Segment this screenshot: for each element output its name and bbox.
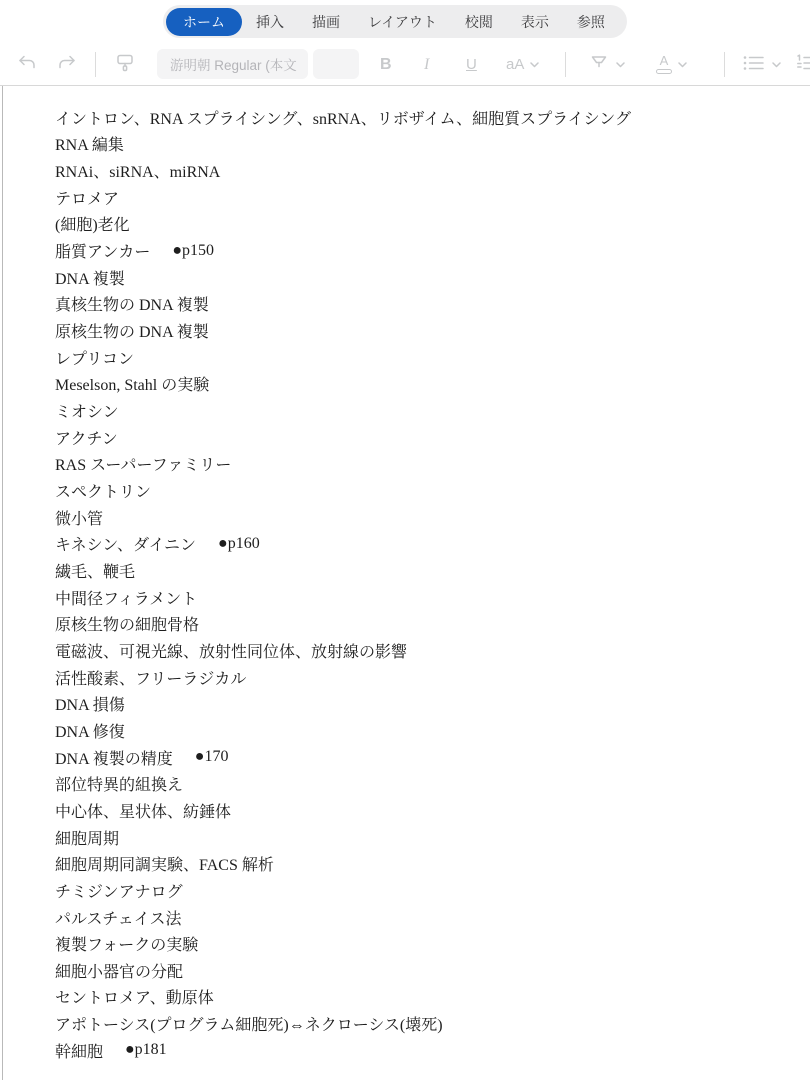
line-text: 脂質アンカー [55,239,150,262]
word-app-window: { "ribbon": { "tabs": [ {"id": "home", "… [0,0,810,1080]
page-ref-badge: ●p160 [218,535,260,553]
document-line: 脂質アンカー●p150 [55,237,780,264]
line-text: 複製フォークの実験 [55,932,198,955]
font-name-combobox[interactable]: 游明朝 Regular (本文 [157,49,308,79]
document-line: 繊毛、鞭毛 [55,557,780,584]
format-painter-button[interactable] [114,44,136,85]
page-ref-badge: ●170 [195,748,229,766]
document-line: アポトーシス(プログラム細胞死)⇔ネクローシス(壊死) [55,1010,780,1037]
document-line: 細胞周期 [55,824,780,851]
highlighter-icon [588,53,610,76]
document-line: RNA 編集 [55,131,780,158]
format-painter-icon [114,52,136,77]
line-text: アポトーシス(プログラム細胞死)⇔ネクローシス(壊死) [55,1012,443,1035]
font-size-combobox[interactable] [313,49,359,79]
line-text: RAS スーパーファミリー [55,452,231,475]
page-ref-badge: ●p150 [172,242,214,260]
line-text: 原核生物の細胞骨格 [55,612,199,635]
line-text: イントロン、RNA スプライシング、snRNA、リボザイム、細胞質スプライシング [55,106,631,129]
line-text: DNA 複製の精度 [55,746,173,769]
line-text: DNA 修復 [55,719,125,742]
bullet-list-icon [742,54,766,75]
chevron-down-icon [772,62,781,68]
document-line: 真核生物の DNA 複製 [55,291,780,318]
document-line: 中心体、星状体、紡錘体 [55,797,780,824]
tab-home[interactable]: ホーム [166,8,242,36]
document-line: 部位特異的組換え [55,770,780,797]
document-line: 電磁波、可視光線、放射性同位体、放射線の影響 [55,637,780,664]
italic-label: I [424,57,429,73]
line-text: 原核生物の DNA 複製 [55,319,209,342]
ribbon-tab-bar: ホーム挿入描画レイアウト校閲表示参照 [163,5,627,38]
document-line: (細胞)老化 [55,211,780,238]
document-line: DNA 損傷 [55,690,780,717]
document-line: RNAi、siRNA、miRNA [55,157,780,184]
text-highlight-button[interactable] [588,44,625,85]
numbered-list-icon [796,54,810,75]
tab-layout[interactable]: レイアウト [354,5,451,38]
bold-button[interactable]: B [380,44,392,85]
chevron-down-icon [616,62,625,68]
tab-insert[interactable]: 挿入 [242,5,298,38]
document-line: DNA 修復 [55,717,780,744]
chevron-down-icon [678,62,687,68]
document-line: 微小管 [55,504,780,531]
line-text: 中心体、星状体、紡錘体 [55,799,231,822]
numbered-list-button[interactable] [796,44,810,85]
bold-label: B [380,57,392,73]
tab-review[interactable]: 校閲 [451,5,507,38]
page-ref-badge: ●p181 [125,1041,167,1059]
line-text: 真核生物の DNA 複製 [55,292,209,315]
line-text: チミジンアナログ [55,879,183,902]
document-line: 幹細胞●p181 [55,1037,780,1064]
font-color-button[interactable]: A [656,44,687,85]
document-body[interactable]: イントロン、RNA スプライシング、snRNA、リボザイム、細胞質スプライシング… [0,86,810,1080]
document-line: 細胞周期同調実験、FACS 解析 [55,850,780,877]
document-line: Meselson, Stahl の実験 [55,371,780,398]
line-text: DNA 複製 [55,266,125,289]
line-text: ミオシン [55,399,119,422]
line-text: 細胞周期 [55,826,119,849]
line-text: スペクトリン [55,479,151,502]
document-line: 活性酸素、フリーラジカル [55,664,780,691]
chevron-down-icon [530,62,539,68]
change-case-button[interactable]: aA [506,44,539,85]
change-case-label: aA [506,57,524,72]
document-line: キネシン、ダイニン●p160 [55,531,780,558]
document-line: セントロメア、動原体 [55,984,780,1011]
line-text: 幹細胞 [55,1039,103,1062]
line-text: (細胞)老化 [55,212,130,235]
document-line: テロメア [55,184,780,211]
document-line: RAS スーパーファミリー [55,451,780,478]
tab-view[interactable]: 表示 [507,5,563,38]
line-text: キネシン、ダイニン [55,532,196,555]
toolbar-divider [95,52,96,77]
toolbar-divider [724,52,725,77]
tab-draw[interactable]: 描画 [298,5,354,38]
line-text: 繊毛、鞭毛 [55,559,135,582]
line-text: 中間径フィラメント [55,586,197,609]
line-text: DNA 損傷 [55,692,125,715]
undo-button[interactable] [16,44,38,85]
document-line: アクチン [55,424,780,451]
line-text: テロメア [55,186,119,209]
document-line: 細胞小器官の分配 [55,957,780,984]
line-text: 部位特異的組換え [55,772,183,795]
document-line: ミオシン [55,397,780,424]
line-text: 活性酸素、フリーラジカル [55,666,246,689]
document-line: 複製フォークの実験 [55,930,780,957]
undo-icon [16,53,38,76]
underline-button[interactable]: U [466,44,477,85]
document-line: 原核生物の DNA 複製 [55,317,780,344]
document-line: 原核生物の細胞骨格 [55,610,780,637]
line-text: レプリコン [55,346,134,369]
line-text: パルスチェイス法 [55,906,182,929]
tab-references[interactable]: 参照 [563,5,619,38]
line-text: Meselson, Stahl の実験 [55,372,209,395]
document-line: 中間径フィラメント [55,584,780,611]
document-line: スペクトリン [55,477,780,504]
line-text: セントロメア、動原体 [55,985,214,1008]
font-color-icon: A [656,55,672,74]
document-line: チミジンアナログ [55,877,780,904]
bullet-list-button[interactable] [742,44,781,85]
line-text: RNAi、siRNA、miRNA [55,159,220,182]
underline-label: U [466,57,477,72]
font-name-value: 游明朝 Regular (本文 [170,54,297,74]
line-text: RNA 編集 [55,132,124,155]
line-text: 細胞小器官の分配 [55,959,183,982]
home-ribbon-toolbar: 游明朝 Regular (本文 B I U aA A [0,44,810,85]
document-line: パルスチェイス法 [55,904,780,931]
document-line: レプリコン [55,344,780,371]
document-line: DNA 複製 [55,264,780,291]
document-line: イントロン、RNA スプライシング、snRNA、リボザイム、細胞質スプライシング [55,104,780,131]
line-text: 微小管 [55,506,103,529]
document-line: DNA 複製の精度●170 [55,744,780,771]
italic-button[interactable]: I [424,44,429,85]
redo-button[interactable] [56,44,78,85]
line-text: 電磁波、可視光線、放射性同位体、放射線の影響 [55,639,407,662]
line-text: 細胞周期同調実験、FACS 解析 [55,852,274,875]
redo-icon [56,53,78,76]
toolbar-divider [565,52,566,77]
line-text: アクチン [55,426,118,449]
